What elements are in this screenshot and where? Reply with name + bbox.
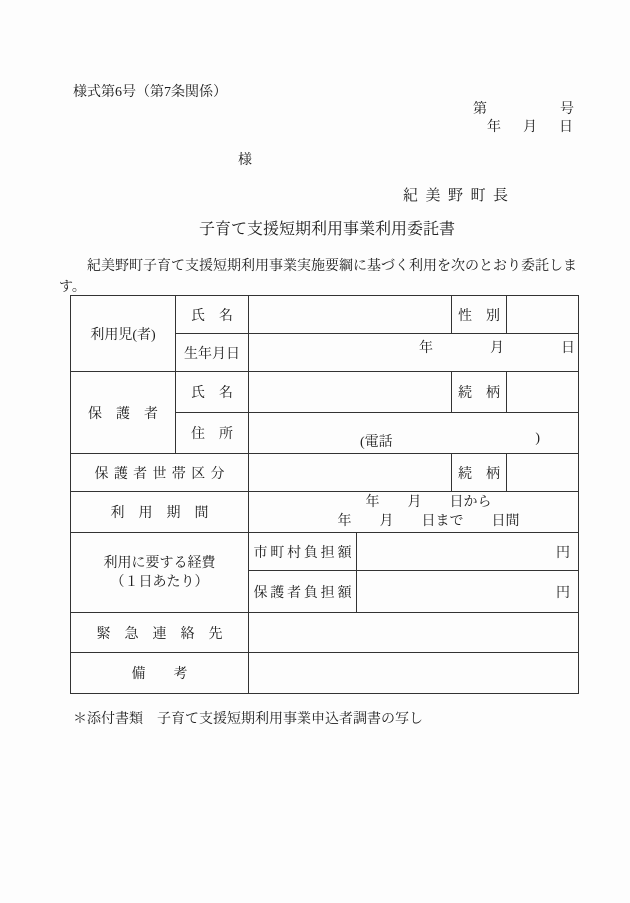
document-title: 子育て支援短期利用事業利用委託書	[70, 216, 584, 239]
body-paragraph: 紀美野町子育て支援短期利用事業実施要綱に基づく利用を次のとおり委託します。	[59, 256, 580, 298]
expense-label-line1: 利用に要する経費	[71, 554, 248, 573]
table-row: 保護者世帯区分 続 柄	[71, 454, 579, 492]
recipient-title: 紀美野町長	[403, 184, 516, 205]
address-label: 住 所	[176, 413, 249, 454]
table-row: 利 用 期 間 年 月 日から 年 月 日まで 日間	[71, 492, 579, 533]
emergency-contact-label: 緊 急 連 絡 先	[71, 613, 249, 653]
table-row: 緊 急 連 絡 先	[71, 613, 579, 653]
document-date-line: 年 月 日	[487, 116, 573, 136]
phone-close-label: )	[535, 431, 540, 451]
user-section-label: 利用児(者)	[71, 296, 176, 372]
document-number-line: 第 号	[473, 98, 574, 118]
user-sex-label: 性 別	[452, 296, 507, 334]
birth-month-label: 月	[490, 337, 504, 357]
document-page: 様式第6号（第7条関係） 第 号 年 月 日 様 紀美野町長 子育て支援短期利用…	[0, 0, 630, 903]
period-field: 年 月 日から 年 月 日まで 日間	[249, 492, 579, 533]
remarks-field	[249, 653, 579, 694]
period-to-line: 年 月 日まで 日間	[279, 512, 578, 531]
user-name-field	[249, 296, 452, 334]
table-row: 利用に要する経費 （１日あたり） 市町村負担額 円	[71, 533, 579, 571]
form-number: 様式第6号（第7条関係）	[73, 81, 227, 101]
phone-open-label: (電話	[360, 431, 393, 451]
guardian-name-label: 氏 名	[176, 372, 249, 413]
emergency-contact-field	[249, 613, 579, 653]
address-field: (電話 )	[249, 413, 579, 454]
guardian-name-field	[249, 372, 452, 413]
birthdate-field: 年 月 日	[249, 334, 579, 372]
guardian-relation-field	[507, 372, 579, 413]
municipal-share-label: 市町村負担額	[249, 533, 357, 571]
form-table: 利用児(者) 氏 名 性 別 生年月日 年 月 日	[70, 295, 579, 694]
household-relation-field	[507, 454, 579, 492]
expense-label: 利用に要する経費 （１日あたり）	[71, 533, 249, 613]
yen-unit-label: 円	[556, 586, 570, 601]
period-from-line: 年 月 日から	[279, 493, 578, 512]
table-row: 利用児(者) 氏 名 性 別	[71, 296, 579, 334]
user-sex-field	[507, 296, 579, 334]
user-name-label: 氏 名	[176, 296, 249, 334]
attachment-footnote: ＊添付書類 子育て支援短期利用事業申込者調書の写し	[73, 708, 423, 728]
birthdate-units: 年 月 日	[419, 337, 575, 357]
guardian-share-field: 円	[357, 571, 579, 613]
date-month-label: 月	[523, 116, 537, 136]
guardian-relation-label: 続 柄	[452, 372, 507, 413]
date-year-label: 年	[487, 116, 501, 136]
phone-line: (電話 )	[360, 431, 540, 451]
guardian-share-label: 保護者負担額	[249, 571, 357, 613]
birthdate-label: 生年月日	[176, 334, 249, 372]
remarks-label: 備 考	[71, 653, 249, 694]
municipal-share-field: 円	[357, 533, 579, 571]
doc-number-suffix: 号	[560, 98, 574, 118]
period-label: 利 用 期 間	[71, 492, 249, 533]
birth-year-label: 年	[419, 337, 433, 357]
household-class-field	[249, 454, 452, 492]
addressee-honorific: 様	[238, 149, 252, 169]
household-class-label: 保護者世帯区分	[71, 454, 249, 492]
table-row: 備 考	[71, 653, 579, 694]
expense-label-line2: （１日あたり）	[71, 573, 248, 592]
table-row: 保 護 者 氏 名 続 柄	[71, 372, 579, 413]
birth-day-label: 日	[561, 337, 575, 357]
household-relation-label: 続 柄	[452, 454, 507, 492]
yen-unit-label: 円	[556, 546, 570, 561]
doc-number-prefix: 第	[473, 98, 487, 118]
date-day-label: 日	[559, 116, 573, 136]
guardian-section-label: 保 護 者	[71, 372, 176, 454]
